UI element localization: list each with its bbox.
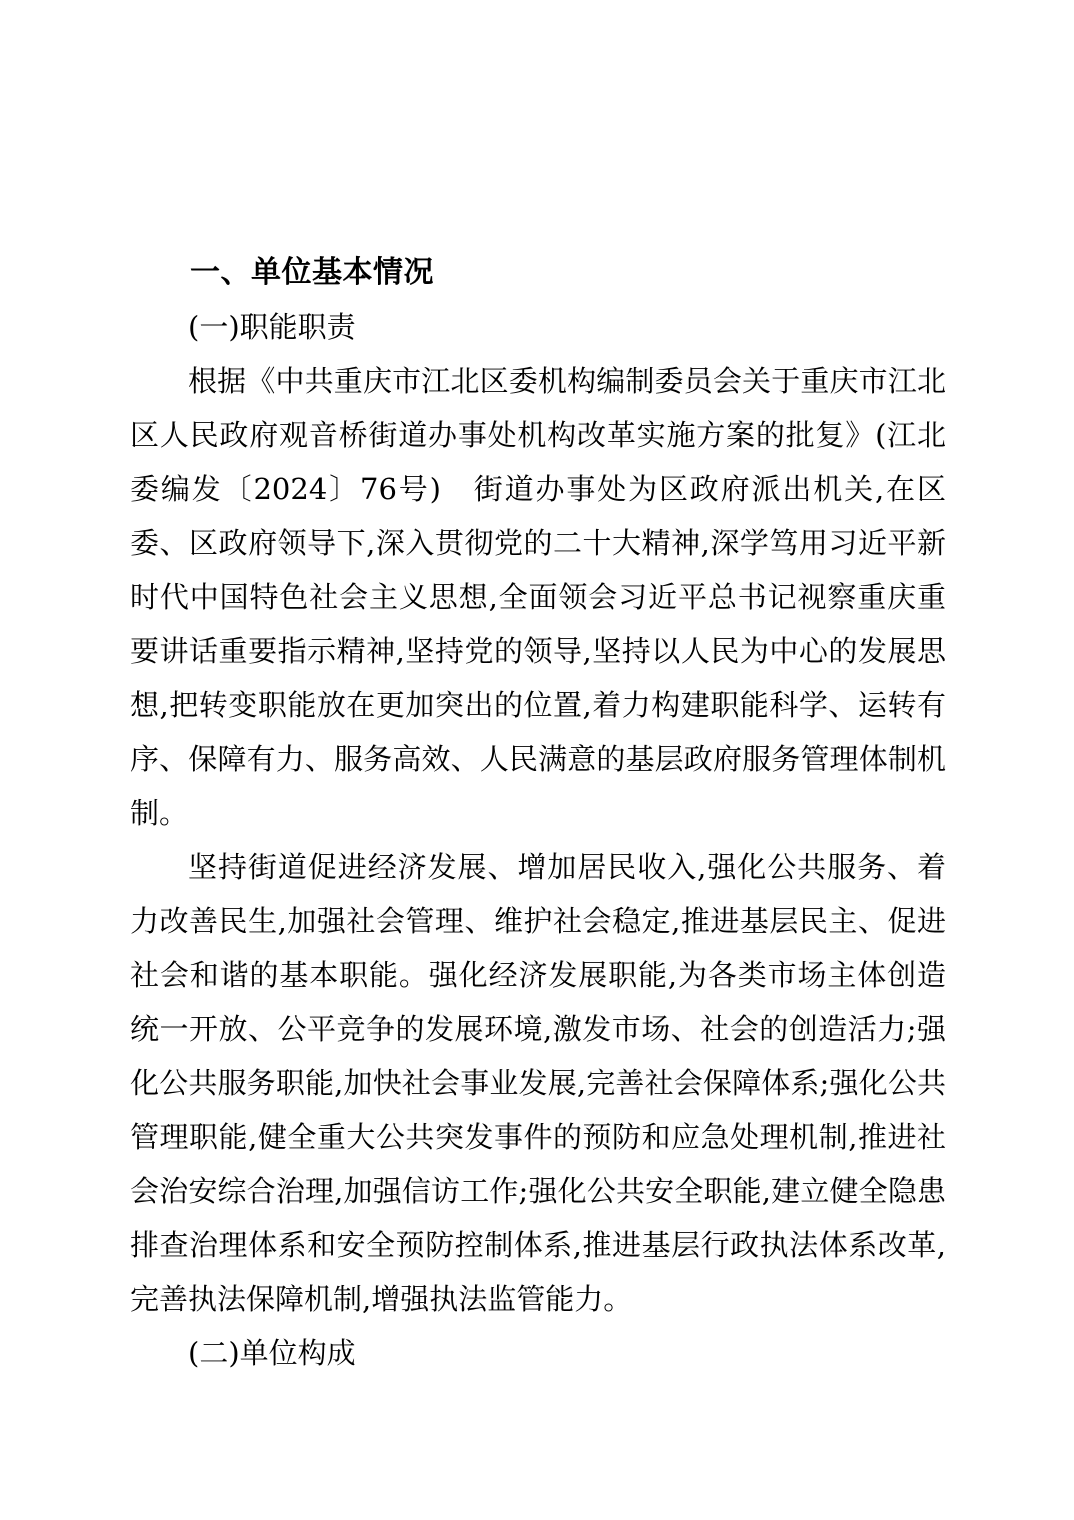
paragraph-functions-detail: 坚持街道促进经济发展、增加居民收入,强化公共服务、着力改善民生,加强社会管理、维… bbox=[130, 840, 946, 1326]
section-heading: 一、单位基本情况 bbox=[130, 246, 946, 300]
paragraph-functions-basis: 根据《中共重庆市江北区委机构编制委员会关于重庆市江北区人民政府观音桥街道办事处机… bbox=[130, 354, 946, 840]
subsection-heading-composition: (二)单位构成 bbox=[130, 1326, 946, 1380]
subsection-heading-functions: (一)职能职责 bbox=[130, 300, 946, 354]
document-page: 一、单位基本情况 (一)职能职责 根据《中共重庆市江北区委机构编制委员会关于重庆… bbox=[0, 0, 1074, 1520]
